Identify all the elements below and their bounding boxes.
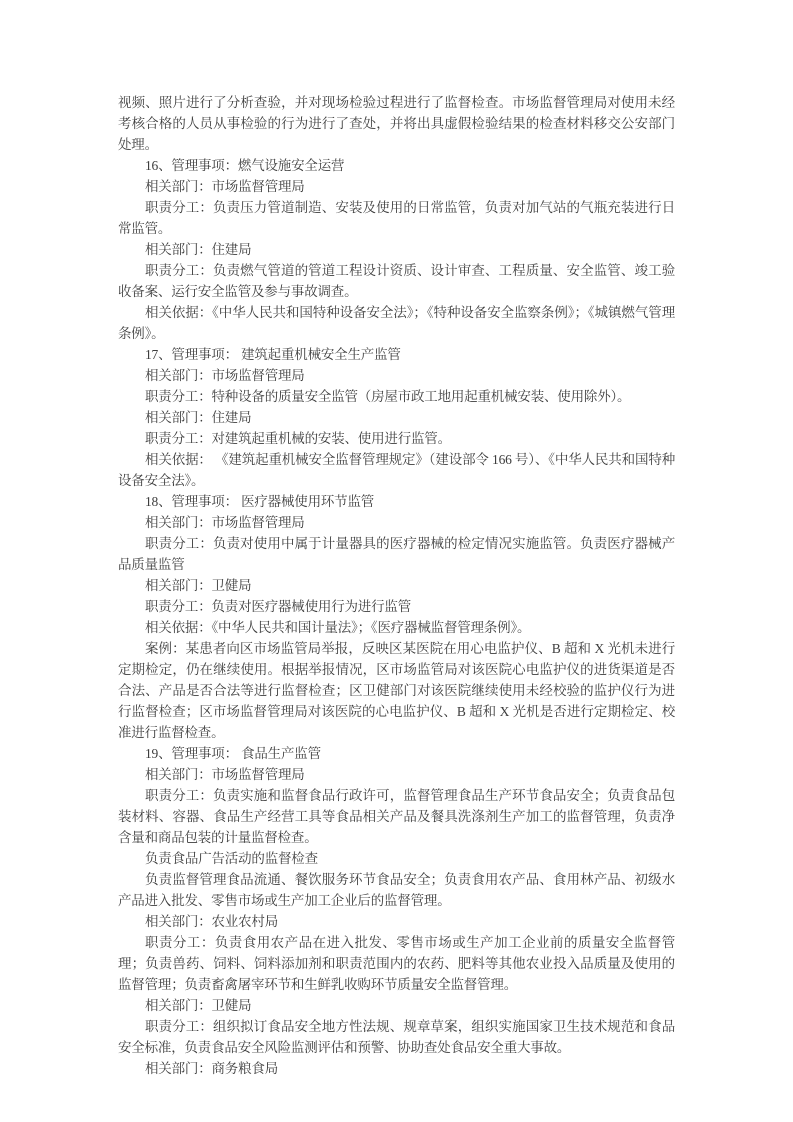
paragraph: 职责分工：负责压力管道制造、安装及使用的日常监管，负责对加气站的气瓶充装进行日常… <box>118 197 675 239</box>
paragraph: 相关部门：农业农村局 <box>118 911 675 932</box>
paragraph: 相关依据： 《建筑起重机械安全监督管理规定》（建设部令 166 号）、《中华人民… <box>118 449 675 491</box>
paragraph: 相关部门：市场监督管理局 <box>118 512 675 533</box>
paragraph: 相关部门：市场监督管理局 <box>118 365 675 386</box>
paragraph: 职责分工：负责对医疗器械使用行为进行监管 <box>118 596 675 617</box>
paragraph: 19、管理事项： 食品生产监管 <box>118 743 675 764</box>
paragraph: 视频、照片进行了分析查验，并对现场检验过程进行了监督检查。市场监督管理局对使用未… <box>118 92 675 155</box>
paragraph: 相关依据：《中华人民共和国计量法》；《医疗器械监督管理条例》。 <box>118 617 675 638</box>
paragraph: 16、管理事项：燃气设施安全运营 <box>118 155 675 176</box>
paragraph: 相关部门：住建局 <box>118 407 675 428</box>
paragraph: 相关部门：市场监督管理局 <box>118 176 675 197</box>
paragraph: 相关部门：市场监督管理局 <box>118 764 675 785</box>
paragraph: 案例：某患者向区市场监管局举报，反映区某医院在用心电监护仪、B 超和 X 光机未… <box>118 638 675 743</box>
paragraph: 职责分工：特种设备的质量安全监管（房屋市政工地用起重机械安装、使用除外）。 <box>118 386 675 407</box>
document-page: 视频、照片进行了分析查验，并对现场检验过程进行了监督检查。市场监督管理局对使用未… <box>0 0 793 1122</box>
paragraph: 职责分工：负责燃气管道的管道工程设计资质、设计审查、工程质量、安全监管、竣工验收… <box>118 260 675 302</box>
paragraph: 职责分工：负责食用农产品在进入批发、零售市场或生产加工企业前的质量安全监督管理；… <box>118 932 675 995</box>
paragraph: 相关部门：商务粮食局 <box>118 1058 675 1079</box>
paragraph: 17、管理事项： 建筑起重机械安全生产监管 <box>118 344 675 365</box>
paragraph: 相关部门：住建局 <box>118 239 675 260</box>
paragraph: 职责分工：组织拟订食品安全地方性法规、规章草案，组织实施国家卫生技术规范和食品安… <box>118 1016 675 1058</box>
paragraph: 相关部门：卫健局 <box>118 995 675 1016</box>
paragraph: 相关依据：《中华人民共和国特种设备安全法》；《特种设备安全监察条例》；《城镇燃气… <box>118 302 675 344</box>
document-body-text: 视频、照片进行了分析查验，并对现场检验过程进行了监督检查。市场监督管理局对使用未… <box>118 92 675 1079</box>
paragraph: 负责食品广告活动的监督检查 <box>118 848 675 869</box>
paragraph: 相关部门：卫健局 <box>118 575 675 596</box>
paragraph: 职责分工：负责对使用中属于计量器具的医疗器械的检定情况实施监管。负责医疗器械产品… <box>118 533 675 575</box>
paragraph: 职责分工：对建筑起重机械的安装、使用进行监管。 <box>118 428 675 449</box>
paragraph: 负责监督管理食品流通、餐饮服务环节食品安全；负责食用农产品、食用林产品、初级水产… <box>118 869 675 911</box>
paragraph: 职责分工：负责实施和监督食品行政许可，监督管理食品生产环节食品安全；负责食品包装… <box>118 785 675 848</box>
paragraph: 18、管理事项： 医疗器械使用环节监管 <box>118 491 675 512</box>
